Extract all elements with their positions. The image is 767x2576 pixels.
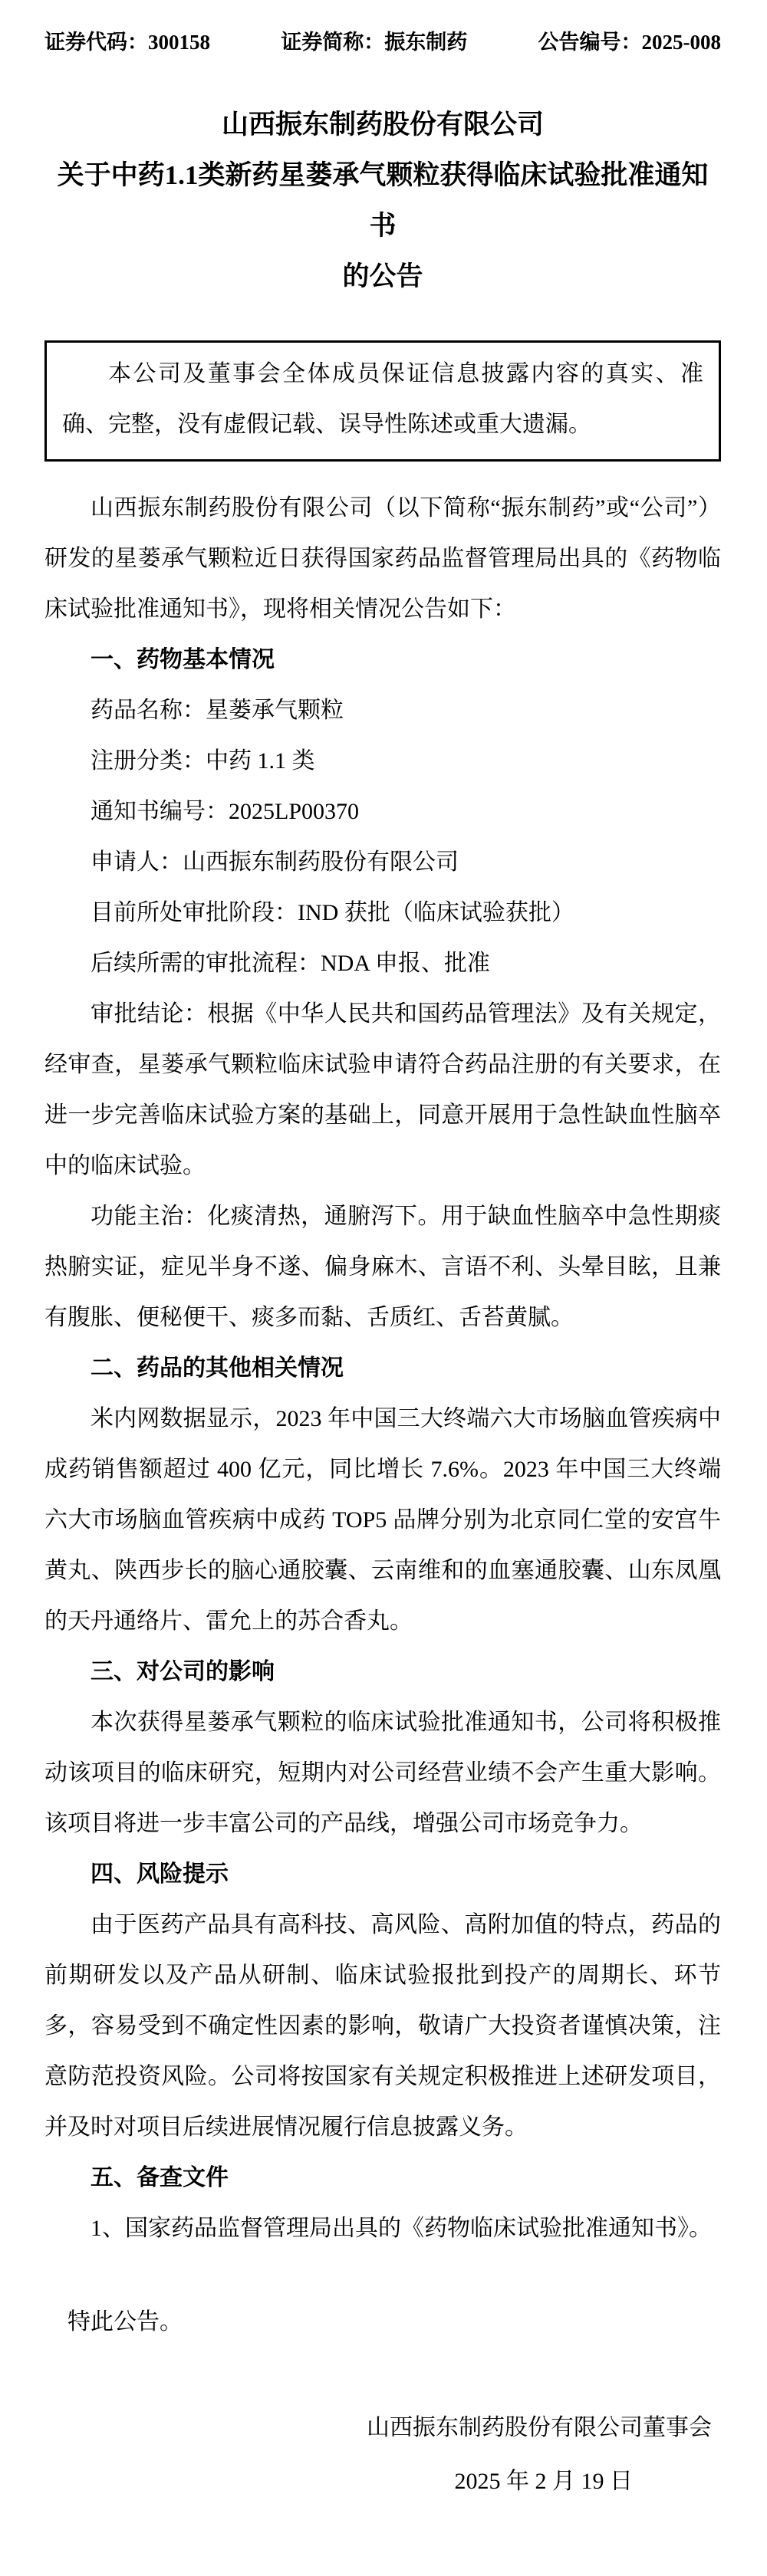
section-other-related-info: 二、药品的其他相关情况 米内网数据显示，2023 年中国三大终端六大市场脑血管疾… [44, 1343, 721, 1647]
board-signature: 山西振东制药股份有限公司董事会 [44, 2403, 721, 2453]
notice-number: 通知书编号：2025LP00370 [44, 787, 721, 837]
approval-conclusion: 审批结论：根据《中华人民共和国药品管理法》及有关规定，经审查，星蒌承气颗粒临床试… [44, 989, 721, 1191]
market-data-paragraph: 米内网数据显示，2023 年中国三大终端六大市场脑血管疾病中成药销售额超过 40… [44, 1394, 721, 1647]
page-title: 山西振东制药股份有限公司 关于中药1.1类新药星蒌承气颗粒获得临床试验批准通知书… [44, 100, 721, 302]
section-heading: 四、风险提示 [44, 1849, 721, 1900]
subsequent-approval-process: 后续所需的审批流程：NDA 申报、批准 [44, 938, 721, 989]
current-approval-stage: 目前所处审批阶段：IND 获批（临床试验获批） [44, 888, 721, 938]
stock-abbr: 证券简称：振东制药 [281, 29, 467, 55]
functions-indications: 功能主治：化痰清热，通腑泻下。用于缺血性脑卒中急性期痰热腑实证，症见半身不遂、偏… [44, 1191, 721, 1343]
risk-paragraph: 由于医药产品具有高科技、高风险、高附加值的特点，药品的前期研发以及产品从研制、临… [44, 1900, 721, 2153]
title-suffix-line: 的公告 [44, 251, 721, 302]
stock-code: 证券代码：300158 [44, 29, 210, 55]
drug-name: 药品名称：星蒌承气颗粒 [44, 685, 721, 736]
section-heading: 二、药品的其他相关情况 [44, 1343, 721, 1394]
title-company-line: 山西振东制药股份有限公司 [44, 100, 721, 150]
reference-document-item: 1、国家药品监督管理局出具的《药物临床试验批准通知书》。 [44, 2203, 721, 2254]
disclaimer-text: 本公司及董事会全体成员保证信息披露内容的真实、准确、完整，没有虚假记载、误导性陈… [62, 349, 703, 450]
disclaimer-box: 本公司及董事会全体成员保证信息披露内容的真实、准确、完整，没有虚假记载、误导性陈… [44, 340, 721, 462]
section-heading: 五、备查文件 [44, 2153, 721, 2203]
applicant: 申请人：山西振东制药股份有限公司 [44, 837, 721, 888]
section-heading: 一、药物基本情况 [44, 635, 721, 685]
title-subject-line: 关于中药1.1类新药星蒌承气颗粒获得临床试验批准通知书 [44, 150, 721, 251]
section-drug-basic-info: 一、药物基本情况 药品名称：星蒌承气颗粒 注册分类：中药 1.1 类 通知书编号… [44, 635, 721, 1343]
securities-header: 证券代码：300158 证券简称：振东制药 公告编号：2025-008 [44, 29, 721, 55]
closing-statement: 特此公告。 [44, 2297, 721, 2348]
announcement-number: 公告编号：2025-008 [538, 29, 722, 55]
impact-paragraph: 本次获得星蒌承气颗粒的临床试验批准通知书，公司将积极推动该项目的临床研究，短期内… [44, 1697, 721, 1849]
announcement-document: 证券代码：300158 证券简称：振东制药 公告编号：2025-008 山西振东… [0, 0, 767, 2576]
intro-paragraph: 山西振东制药股份有限公司（以下简称“振东制药”或“公司”）研发的星蒌承气颗粒近日… [44, 483, 721, 635]
section-risk-warning: 四、风险提示 由于医药产品具有高科技、高风险、高附加值的特点，药品的前期研发以及… [44, 1849, 721, 2153]
section-heading: 三、对公司的影响 [44, 1647, 721, 1697]
section-impact-on-company: 三、对公司的影响 本次获得星蒌承气颗粒的临床试验批准通知书，公司将积极推动该项目… [44, 1647, 721, 1849]
announcement-date: 2025 年 2 月 19 日 [44, 2456, 721, 2507]
section-reference-documents: 五、备查文件 1、国家药品监督管理局出具的《药物临床试验批准通知书》。 [44, 2153, 721, 2254]
registration-class: 注册分类：中药 1.1 类 [44, 736, 721, 787]
